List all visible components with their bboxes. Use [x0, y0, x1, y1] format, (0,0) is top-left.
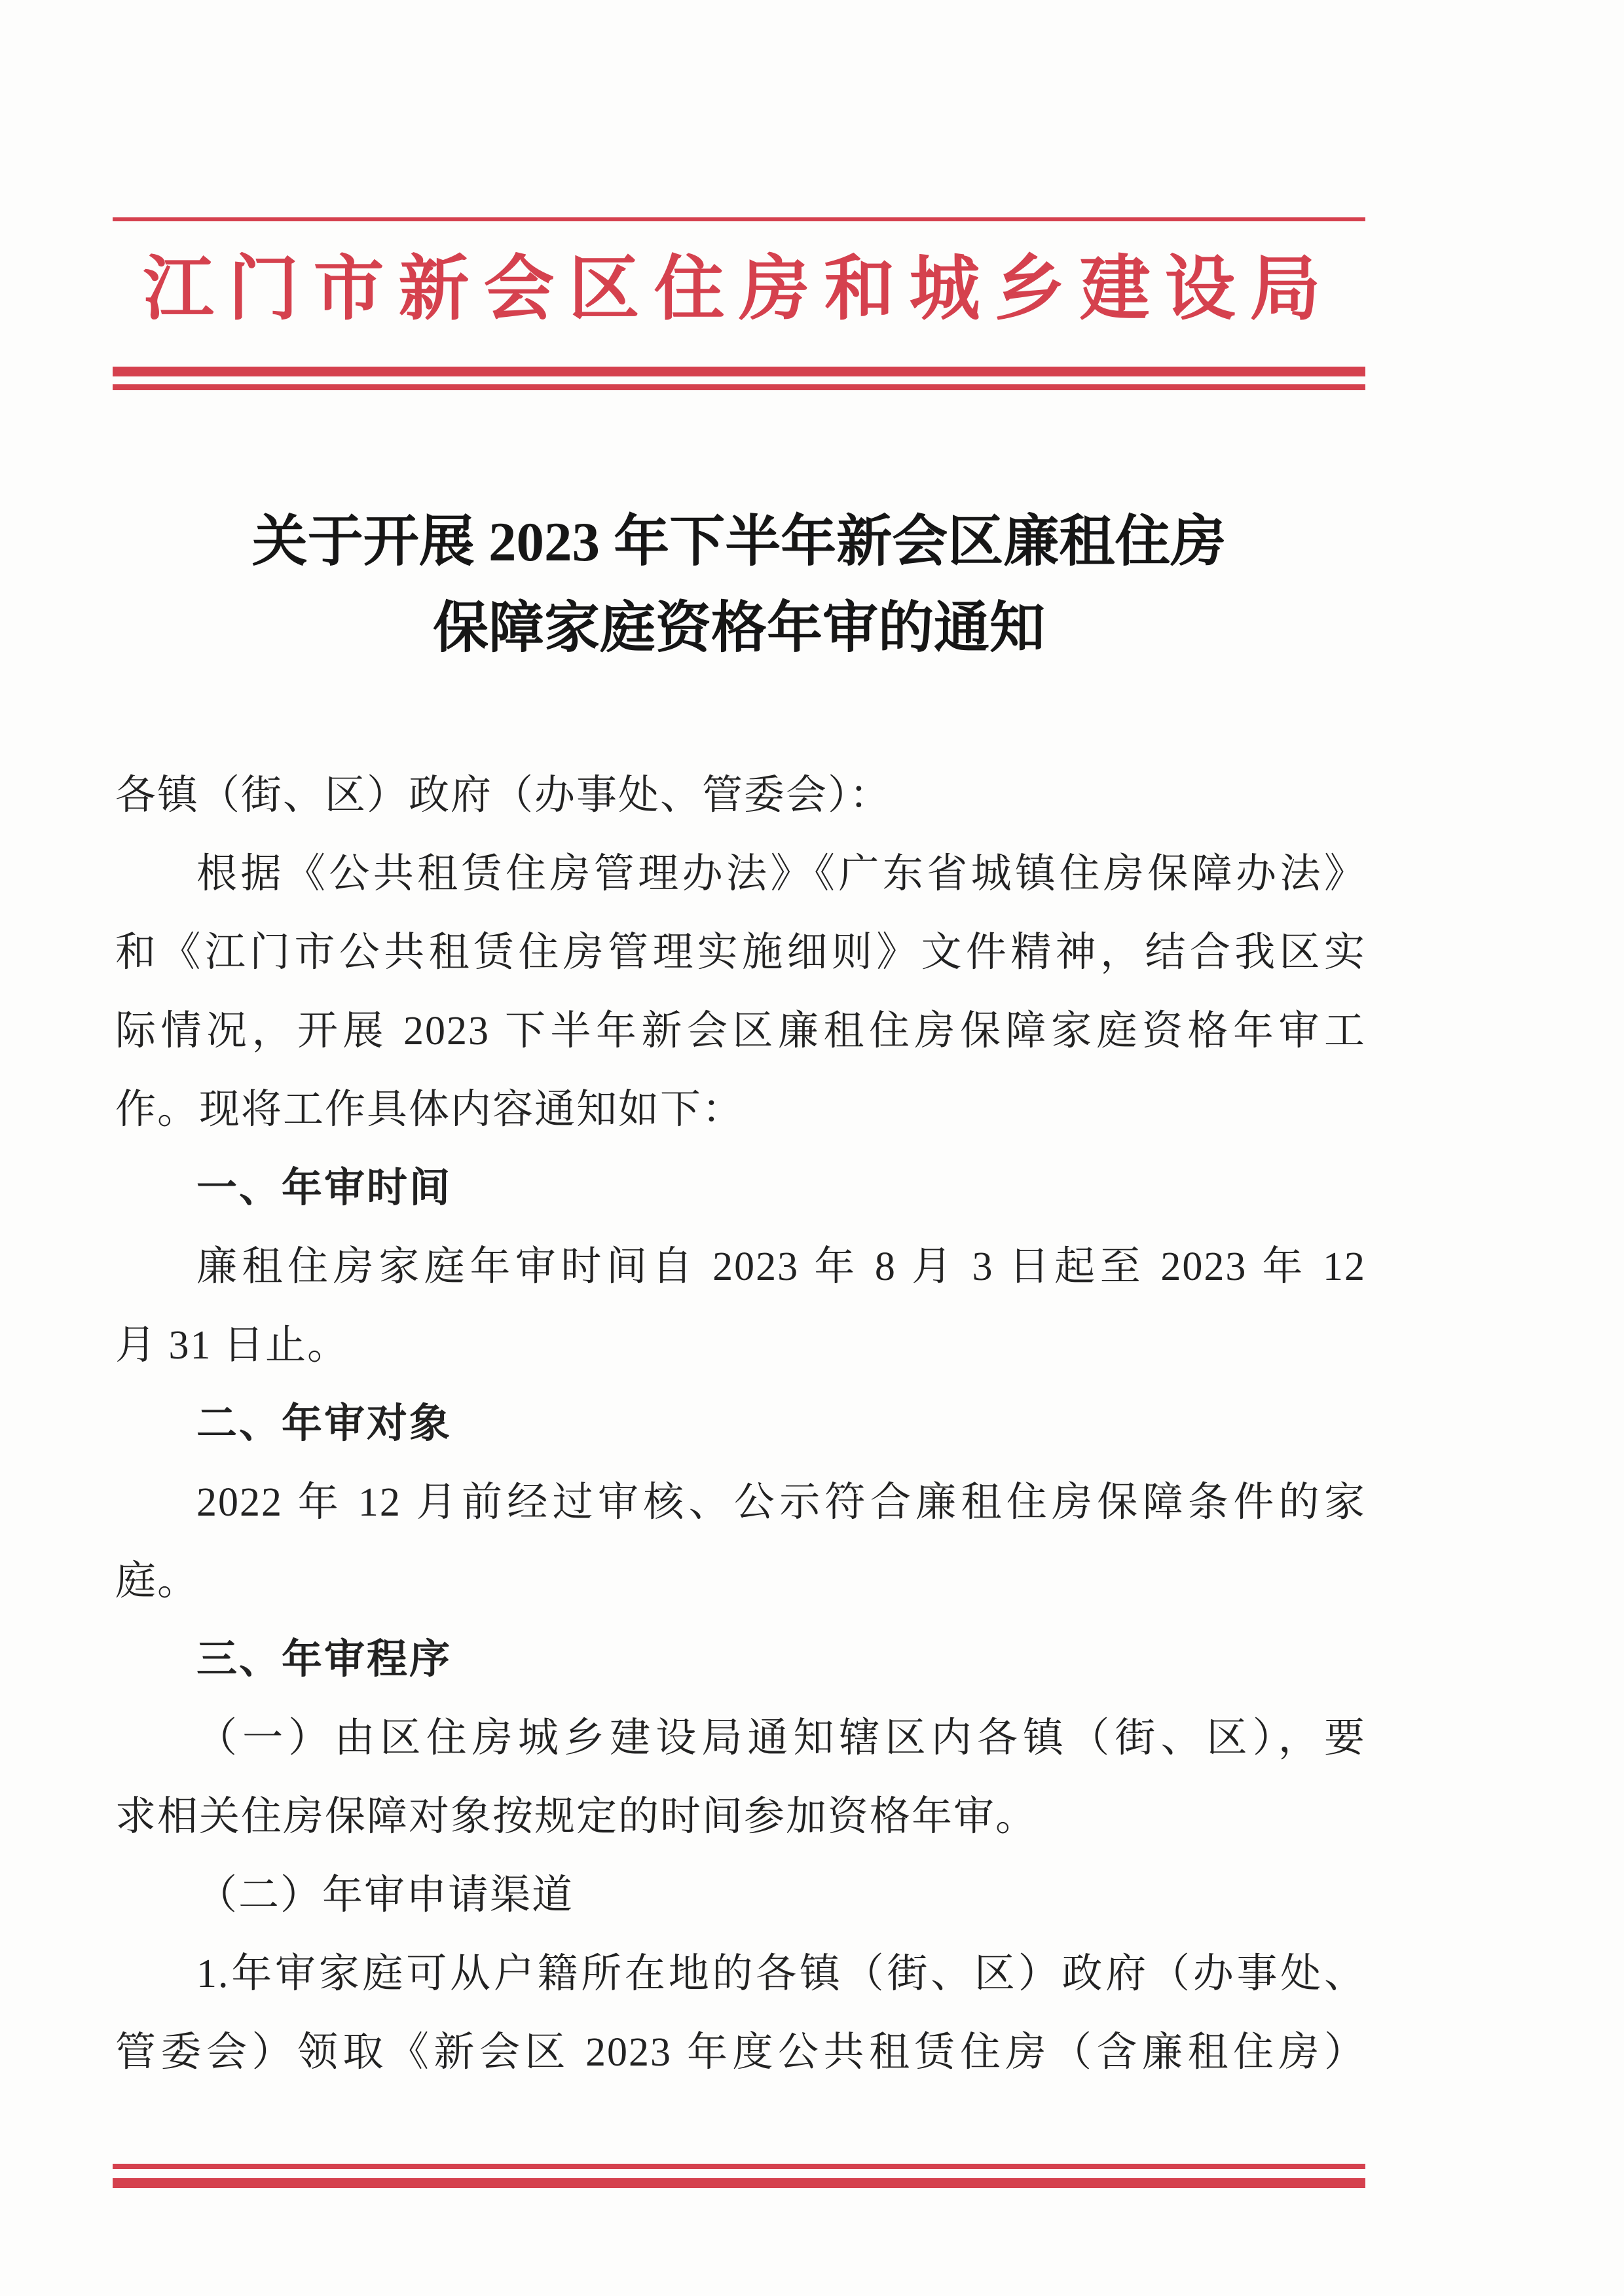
document-page: 江门市新会区住房和城乡建设局 关于开展 2023 年下半年新会区廉租住房 保障家…: [0, 0, 1624, 2296]
document-title: 关于开展 2023 年下半年新会区廉租住房 保障家庭资格年审的通知: [113, 499, 1365, 672]
body-line: 月 31 日止。: [115, 1306, 1366, 1385]
body-line: 际情况，开展 2023 下半年新会区廉租住房保障家庭资格年审工: [115, 992, 1366, 1070]
document-title-line-1: 关于开展 2023 年下半年新会区廉租住房: [113, 499, 1365, 585]
section-heading: 三、年审程序: [115, 1620, 1366, 1699]
document-title-line-2: 保障家庭资格年审的通知: [113, 585, 1365, 672]
body-line: 管委会）领取《新会区 2023 年度公共租赁住房（含廉租住房）: [115, 2013, 1366, 2092]
body-line: 作。现将工作具体内容通知如下：: [115, 1070, 1366, 1149]
section-heading: 二、年审对象: [115, 1385, 1366, 1463]
body-line: （一）由区住房城乡建设局通知辖区内各镇（街、区），要: [115, 1699, 1366, 1777]
body-line: 各镇（街、区）政府（办事处、管委会）：: [115, 756, 1366, 835]
body-line: （二）年审申请渠道: [115, 1856, 1366, 1935]
footer-thin-rule: [113, 2164, 1365, 2169]
body-line: 廉租住房家庭年审时间自 2023 年 8 月 3 日起至 2023 年 12: [115, 1228, 1366, 1306]
body-line: 求相关住房保障对象按规定的时间参加资格年审。: [115, 1777, 1366, 1856]
body-line: 根据《公共租赁住房管理办法》《广东省城镇住房保障办法》: [115, 835, 1366, 913]
footer-thick-rule: [113, 2178, 1365, 2188]
section-heading: 一、年审时间: [115, 1149, 1366, 1228]
body-line: 2022 年 12 月前经过审核、公示符合廉租住房保障条件的家: [115, 1463, 1366, 1542]
letterhead-thin-rule: [113, 384, 1365, 390]
body-line: 1.年审家庭可从户籍所在地的各镇（街、区）政府（办事处、: [115, 1935, 1366, 2013]
top-red-rule: [113, 217, 1365, 221]
letterhead-thick-rule: [113, 367, 1365, 376]
body-text: 各镇（街、区）政府（办事处、管委会）：根据《公共租赁住房管理办法》《广东省城镇住…: [115, 756, 1366, 2092]
body-line: 和《江门市公共租赁住房管理实施细则》文件精神，结合我区实: [115, 913, 1366, 992]
body-line: 庭。: [115, 1542, 1366, 1620]
agency-letterhead: 江门市新会区住房和城乡建设局: [113, 234, 1365, 346]
